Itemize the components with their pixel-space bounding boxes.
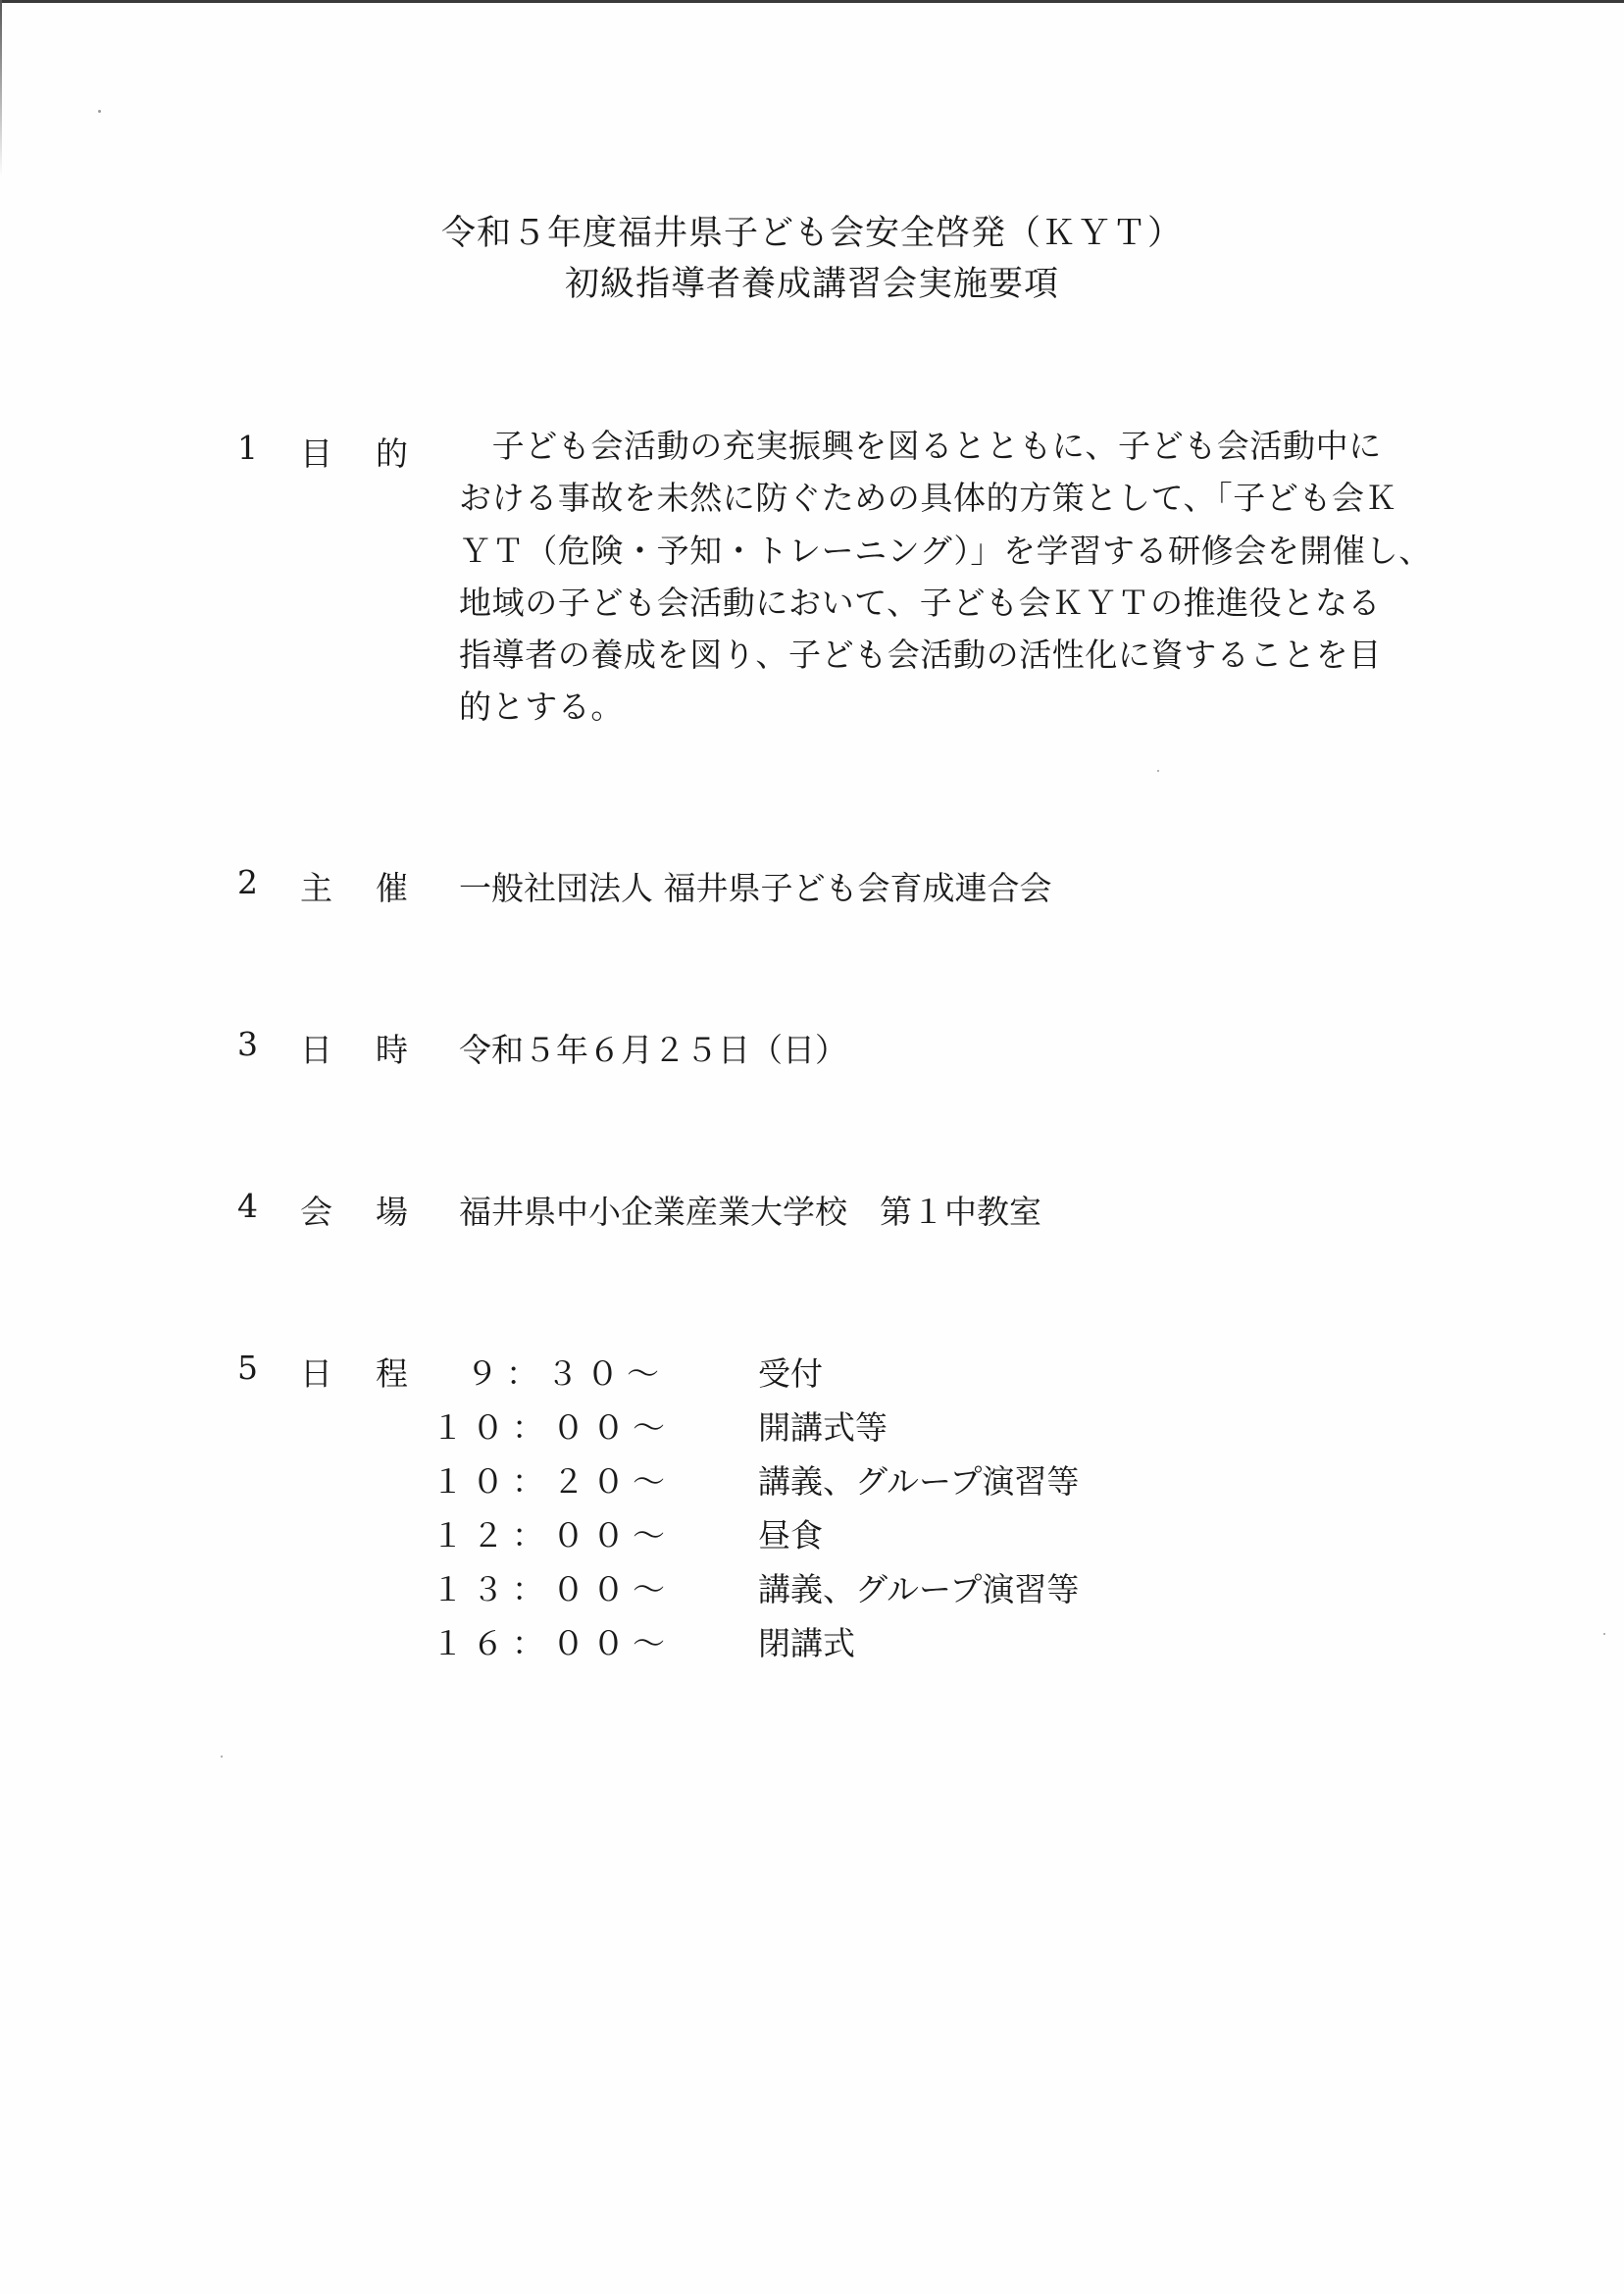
schedule-row: １０：２０～ 講義、グループ演習等 <box>0 1456 1624 1496</box>
section-number: 2 <box>237 863 267 901</box>
schedule-activity: 受付 <box>758 1349 823 1395</box>
schedule-time: １０：００～ <box>431 1402 667 1449</box>
section-number: 4 <box>237 1187 267 1225</box>
schedule-row: ９：３０～ 受付 <box>0 1349 1624 1388</box>
schedule-time: １２：００～ <box>431 1510 667 1556</box>
scan-edge-top <box>0 0 1624 3</box>
schedule-row: １２：００～ 昼食 <box>0 1510 1624 1550</box>
schedule-activity: 開講式等 <box>758 1402 888 1449</box>
section-label-char: 催 <box>376 863 408 909</box>
section-label-char: 会 <box>300 1187 332 1233</box>
schedule-time: ９：３０～ <box>431 1349 667 1395</box>
schedule-row: １３：００～ 講義、グループ演習等 <box>0 1564 1624 1604</box>
paragraph-line: ＹＴ（危険・予知・トレーニング）」を学習する研修会を開催し、 <box>459 525 1400 577</box>
section-label-char: 的 <box>376 429 408 475</box>
section-label-char: 主 <box>300 863 332 909</box>
paragraph-line: おける事故を未然に防ぐための具体的方策として、「子ども会Ｋ <box>459 472 1400 524</box>
paragraph-line: 的とする。 <box>459 681 1400 733</box>
section-label-char: 時 <box>376 1025 408 1071</box>
section-label-char: 場 <box>376 1187 408 1233</box>
schedule-activity: 講義、グループ演習等 <box>758 1456 1079 1503</box>
schedule-row: １０：００～ 開講式等 <box>0 1402 1624 1442</box>
schedule-activity: 閉講式 <box>758 1618 855 1664</box>
title-line-1: 令和５年度福井県子ども会安全啓発（ＫＹＴ） <box>0 208 1624 259</box>
schedule-time: １０：２０～ <box>431 1456 667 1503</box>
paragraph-line: 子ども会活動の充実振興を図るとともに、子ども会活動中に <box>459 420 1400 472</box>
schedule-activity: 昼食 <box>758 1510 823 1556</box>
schedule-time: １３：００～ <box>431 1564 667 1610</box>
document-page: 令和５年度福井県子ども会安全啓発（ＫＹＴ） 初級指導者養成講習会実施要項 1 目… <box>0 0 1624 2294</box>
purpose-paragraph: 子ども会活動の充実振興を図るとともに、子ども会活動中に おける事故を未然に防ぐた… <box>459 420 1400 734</box>
section-label-char: 目 <box>300 429 332 475</box>
document-title: 令和５年度福井県子ども会安全啓発（ＫＹＴ） 初級指導者養成講習会実施要項 <box>0 208 1624 310</box>
section-label-char: 日 <box>300 1025 332 1071</box>
scan-speck <box>1157 770 1159 772</box>
scan-edge-left <box>0 0 2 177</box>
paragraph-line: 指導者の養成を図り、子ども会活動の活性化に資することを目 <box>459 629 1400 681</box>
paragraph-line: 地域の子ども会活動において、子ども会ＫＹＴの推進役となる <box>459 577 1400 629</box>
datetime-value: 令和５年６月２５日（日） <box>459 1025 847 1071</box>
schedule-activity: 講義、グループ演習等 <box>758 1564 1079 1610</box>
section-number: 3 <box>237 1025 267 1063</box>
scan-speck <box>98 110 101 113</box>
title-line-2: 初級指導者養成講習会実施要項 <box>0 259 1624 310</box>
scan-speck <box>221 1756 223 1758</box>
schedule-row: １６：００～ 閉講式 <box>0 1618 1624 1657</box>
schedule-time: １６：００～ <box>431 1618 667 1664</box>
venue-value: 福井県中小企業産業大学校 第１中教室 <box>459 1187 1041 1233</box>
section-number: 1 <box>237 429 267 467</box>
organizer-value: 一般社団法人 福井県子ども会育成連合会 <box>459 863 1052 909</box>
